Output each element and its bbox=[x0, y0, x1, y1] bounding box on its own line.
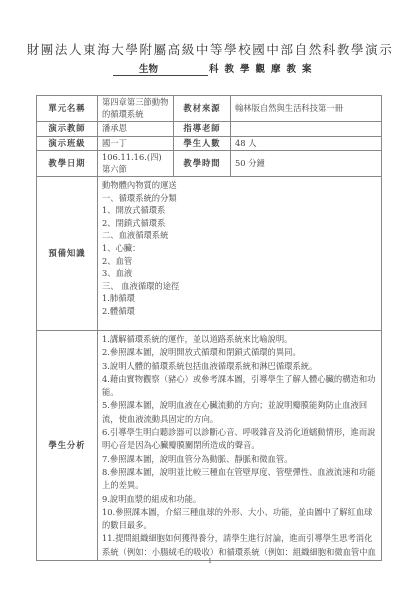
label-prior-knowledge: 預備知識 bbox=[37, 177, 98, 331]
list-item: 3、血液 bbox=[102, 267, 377, 280]
list-item: 三、 血液循環的途徑 bbox=[102, 280, 377, 293]
list-item: 10.參照課本圖，介紹三種血球的外形、大小、功能，並由圖中了解紅血球的數目最多。 bbox=[102, 506, 377, 533]
label-duration: 教學時間 bbox=[174, 151, 231, 177]
value-student-count: 48 人 bbox=[231, 136, 382, 151]
list-item: 11.提問組織細胞如何獲得養分，請學生進行討論，進而引導學生思考消化系統（例如：… bbox=[102, 532, 377, 559]
label-student-analysis: 學生分析 bbox=[37, 331, 98, 561]
info-row-teacher: 演示教師 潘承恩 指導老師 bbox=[37, 122, 382, 137]
label-material-source: 教材來源 bbox=[174, 96, 231, 122]
list-item: 二、血液循環系統 bbox=[102, 229, 377, 242]
value-material-source: 翰林版自然與生活科技第一冊 bbox=[231, 96, 382, 122]
list-item: 2.體循環 bbox=[102, 305, 377, 318]
list-item: 1.肺循環 bbox=[102, 292, 377, 305]
value-duration: 50 分鐘 bbox=[231, 151, 382, 177]
label-date: 教學日期 bbox=[37, 151, 98, 177]
list-item: 5.參照課本圖，說明血液在心臟流動的方向；並說明瓣膜能夠防止血液回流，使血液流動… bbox=[102, 399, 377, 426]
list-item: 動物體內物質的運送 bbox=[102, 179, 377, 192]
list-item: 2.參照課本圖，說明開放式循環和閉鎖式循環的異同。 bbox=[102, 346, 377, 359]
prior-knowledge-list: 動物體內物質的運送一、循環系統的分類1、開放式循環系2、閉鎖式循環系二、血液循環… bbox=[102, 179, 377, 318]
list-item: 2、血管 bbox=[102, 255, 377, 268]
student-analysis-content: 1.講解循環系統的運作，並以道路系統來比喻說明。2.參照課本圖，說明開放式循環和… bbox=[98, 331, 382, 561]
list-item: 9.說明血漿的組成和功能。 bbox=[102, 493, 377, 506]
list-item: 3.說明人體的循環系統包括血液循環系統和淋巴循環系統。 bbox=[102, 360, 377, 373]
prior-knowledge-row: 預備知識 動物體內物質的運送一、循環系統的分類1、開放式循環系2、閉鎖式循環系二… bbox=[37, 177, 382, 331]
subtitle-text: 科教學觀摩教案 bbox=[209, 64, 318, 75]
page-number: 1 bbox=[0, 558, 420, 565]
student-analysis-list: 1.講解循環系統的運作，並以道路系統來比喻說明。2.參照課本圖，說明開放式循環和… bbox=[102, 333, 377, 559]
value-teacher: 潘承恩 bbox=[98, 122, 174, 137]
list-item: 8.參照課本圖，說明並比較三種血在管壁厚度、管壁彈性、血液流速和功能上的差異。 bbox=[102, 466, 377, 493]
label-teacher: 演示教師 bbox=[37, 122, 98, 137]
list-item: 1、開放式循環系 bbox=[102, 204, 377, 217]
list-item: 1、心臟： bbox=[102, 242, 377, 255]
list-item: 6.引導學生明白聽診器可以診斷心音、呼吸雜音及消化道蠕動情形，進而說明心音是因為… bbox=[102, 426, 377, 453]
info-row-date: 教學日期 106.11.16.(四) 第六節 教學時間 50 分鐘 bbox=[37, 151, 382, 177]
document-title: 財團法人東海大學附屬高級中等學校國中部自然科教學演示 bbox=[0, 40, 420, 58]
document-subtitle: 生物 科教學觀摩教案 bbox=[113, 64, 333, 78]
label-unit-name: 單元名稱 bbox=[37, 96, 98, 122]
list-item: 1.講解循環系統的運作，並以道路系統來比喻說明。 bbox=[102, 333, 377, 346]
info-row-class: 演示班級 國一丁 學生人數 48 人 bbox=[37, 136, 382, 151]
lesson-plan-table: 單元名稱 第四章第三節動物的循環系統 教材來源 翰林版自然與生活科技第一冊 演示… bbox=[36, 95, 382, 561]
student-analysis-row: 學生分析 1.講解循環系統的運作，並以道路系統來比喻說明。2.參照課本圖，說明開… bbox=[37, 331, 382, 561]
label-advisor: 指導老師 bbox=[174, 122, 231, 137]
list-item: 2、閉鎖式循環系 bbox=[102, 217, 377, 230]
value-date: 106.11.16.(四) 第六節 bbox=[98, 151, 174, 177]
list-item: 4.藉由實物觀察（豬心）或參考課本圖，引導學生了解人體心臟的構造和功能。 bbox=[102, 373, 377, 400]
list-item: 7.參照課本圖，說明血管分為動脈、靜脈和微血管。 bbox=[102, 453, 377, 466]
prior-knowledge-content: 動物體內物質的運送一、循環系統的分類1、開放式循環系2、閉鎖式循環系二、血液循環… bbox=[98, 177, 382, 331]
label-class: 演示班級 bbox=[37, 136, 98, 151]
info-row-unit: 單元名稱 第四章第三節動物的循環系統 教材來源 翰林版自然與生活科技第一冊 bbox=[37, 96, 382, 122]
value-unit-name: 第四章第三節動物的循環系統 bbox=[98, 96, 174, 122]
value-class: 國一丁 bbox=[98, 136, 174, 151]
subject-name: 生物 bbox=[113, 64, 208, 76]
value-advisor bbox=[231, 122, 382, 137]
label-student-count: 學生人數 bbox=[174, 136, 231, 151]
list-item: 一、循環系統的分類 bbox=[102, 192, 377, 205]
